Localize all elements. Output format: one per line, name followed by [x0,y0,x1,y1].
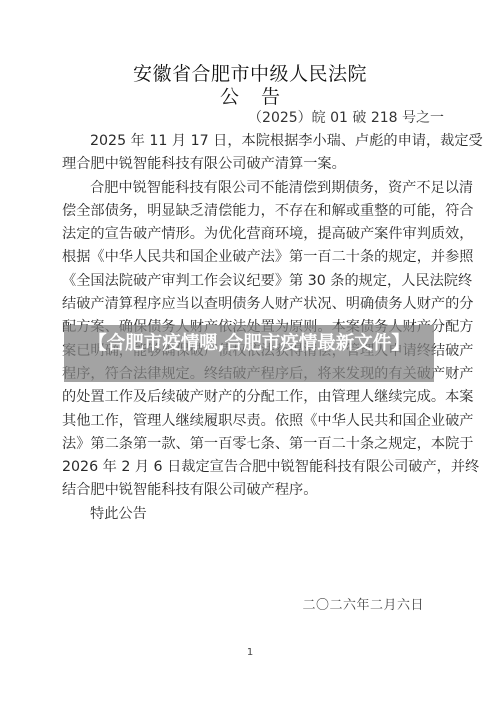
case-number: （2025）皖 01 破 218 号之一 [248,108,444,128]
body-line: 偿全部债务，明显缺乏清偿能力，不存在和解或重整的可能，符合 [62,200,446,223]
closing-statement: 特此公告 [62,503,446,526]
signature-date: 二〇二六年二月六日 [302,597,424,615]
body-line: 合肥中锐智能科技有限公司不能清偿到期债务，资产不足以清 [62,177,446,200]
body-line: 理合肥中锐智能科技有限公司破产清算一案。 [62,153,446,176]
body-line: 2026 年 2 月 6 日裁定宣告合肥中锐智能科技有限公司破产，并终 [62,456,446,479]
body-line: 其他工作，管理人继续履职尽责。依照《中华人民共和国企业破产 [62,410,446,433]
body-line: 法》第二条第一款、第一百零七条、第一百二十条之规定，本院于 [62,433,446,456]
body-line: 结合肥中锐智能科技有限公司破产程序。 [62,479,446,502]
overlay-banner-text: 【合肥市疫情嗯,合肥市疫情最新文件】 [64,331,434,357]
paragraph-acceptance: 2025 年 11 月 17 日，本院根据李小瑞、卢彪的申请，裁定受 理合肥中锐… [62,130,446,177]
document-type-heading: 公告 [0,85,500,109]
page-number: 1 [0,646,500,660]
body-line: 根据《中华人民共和国企业破产法》第一百二十条的规定，并参照 [62,246,446,269]
court-name-title: 安徽省合肥市中级人民法院 [0,62,500,86]
body-line: 结破产清算程序应当以查明债务人财产状况、明确债务人财产的分 [62,293,446,316]
title-overlay-banner[interactable]: 【合肥市疫情嗯,合肥市疫情最新文件】 [64,325,434,382]
body-line: 法定的宣告破产情形。为优化营商环境，提高破产案件审判质效， [62,223,446,246]
body-line: 《全国法院破产审判工作会议纪要》第 30 条的规定，人民法院终 [62,270,446,293]
body-line: 的处置工作及后续破产财产的分配工作，由管理人继续完成。本案 [62,386,446,409]
body-line: 2025 年 11 月 17 日，本院根据李小瑞、卢彪的申请，裁定受 [62,130,446,153]
document-page: 安徽省合肥市中级人民法院 公告 （2025）皖 01 破 218 号之一 202… [0,0,500,706]
